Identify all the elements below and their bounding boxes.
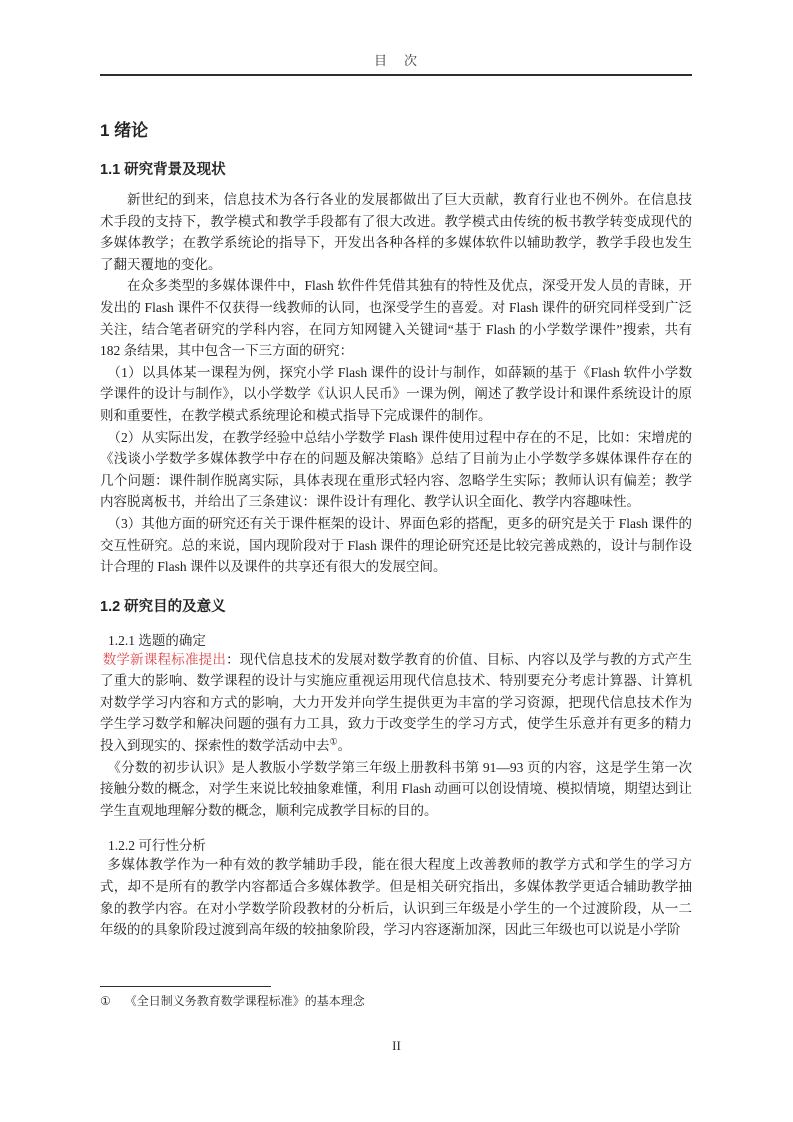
- footnote-text: 《全日制义务教育数学课程标准》的基本理念: [125, 994, 365, 1008]
- section-heading-1-2: 1.2 研究目的及意义: [100, 595, 692, 616]
- paragraph-research-item-2: （2）从实际出发，在教学经验中总结小学数学 Flash 课件使用过程中存在的不足…: [100, 427, 692, 513]
- chapter-heading: 1 绪论: [100, 116, 692, 141]
- paragraph-research-item-1: （1）以具体某一课程为例，探究小学 Flash 课件的设计与制作，如薛颖的基于《…: [100, 362, 692, 427]
- running-header-title: 目 次: [374, 53, 419, 68]
- paragraph-feasibility: 多媒体教学作为一种有效的教学辅助手段，能在很大程度上改善教师的教学方式和学生的学…: [100, 854, 692, 940]
- page-number: II: [0, 1038, 793, 1054]
- footnote-marker: ①: [100, 994, 111, 1008]
- footnote-entry: ①《全日制义务教育数学课程标准》的基本理念: [100, 993, 692, 1009]
- header-divider: [100, 74, 692, 76]
- highlighted-red-text: 数学新课程标准提出: [103, 652, 226, 667]
- subsection-heading-1-2-2: 1.2.2 可行性分析: [100, 834, 692, 854]
- footnote-reference-mark: ①: [330, 737, 338, 747]
- paragraph-background-1: 新世纪的到来，信息技术为各行各业的发展都做出了巨大贡献，教育行业也不例外。在信息…: [100, 189, 692, 275]
- document-page: 目 次 1 绪论 1.1 研究背景及现状 新世纪的到来，信息技术为各行各业的发展…: [0, 0, 793, 1122]
- subsection-heading-1-2-1: 1.2.1 选题的确定: [100, 629, 692, 649]
- running-header: 目 次: [0, 0, 793, 69]
- paragraph-background-2: 在众多类型的多媒体课件中，Flash 软件件凭借其独有的特性及优点，深受开发人员…: [100, 275, 692, 361]
- footnote-area: ①《全日制义务教育数学课程标准》的基本理念: [100, 986, 692, 1009]
- paragraph-research-item-3: （3）其他方面的研究还有关于课件框架的设计、界面色彩的搭配，更多的研究是关于 F…: [100, 513, 692, 578]
- footnote-divider: [100, 986, 271, 987]
- paragraph-fractions-topic: 《分数的初步认识》是人教版小学数学第三年级上册教科书第 91—93 页的内容，这…: [100, 757, 692, 822]
- paragraph-curriculum-standard: 数学新课程标准提出：现代信息技术的发展对数学教育的价值、目标、内容以及学与教的方…: [100, 649, 692, 757]
- paragraph-curriculum-standard-end: 。: [338, 738, 352, 753]
- section-heading-1-1: 1.1 研究背景及现状: [100, 158, 692, 179]
